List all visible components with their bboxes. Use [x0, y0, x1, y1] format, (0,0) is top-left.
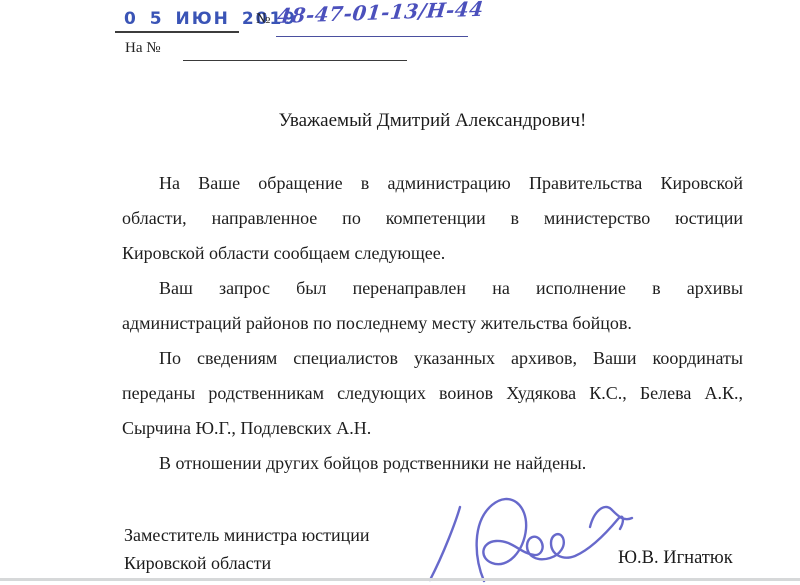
body-line: По сведениям специалистов указанных архи… — [122, 341, 743, 376]
signer-position-line2: Кировской области — [124, 549, 370, 577]
date-stamp: 0 5 ИЮН 2019 — [124, 9, 297, 29]
body-line: В отношении других бойцов родственники н… — [122, 446, 743, 481]
body-line: Сырчина Ю.Г., Подлевских А.Н. — [122, 411, 743, 446]
letter-page: 0 5 ИЮН 2019 № 48-47-01-13/Н-44 На № Ува… — [0, 0, 800, 585]
date-stamp-underline — [115, 31, 239, 33]
body-line: Ваш запрос был перенаправлен на исполнен… — [122, 271, 743, 306]
reply-to-number-underline — [183, 60, 407, 61]
body-line: На Ваше обращение в администрацию Правит… — [122, 166, 743, 201]
greeting-line: Уважаемый Дмитрий Александрович! — [122, 110, 743, 132]
body-line: Кировской области сообщаем следующее. — [122, 236, 743, 271]
signer-position: Заместитель министра юстиции Кировской о… — [124, 521, 370, 577]
outgoing-number-handwritten: 48-47-01-13/Н-44 — [276, 0, 485, 28]
signer-name: Ю.В. Игнатюк — [618, 548, 733, 569]
outgoing-number-underline — [276, 36, 468, 37]
body-line: переданы родственникам следующих воинов … — [122, 376, 743, 411]
scan-edge-line — [0, 578, 800, 581]
reply-to-number-label: На № — [125, 40, 161, 57]
body-line: администраций районов по последнему мест… — [122, 306, 743, 341]
signer-position-line1: Заместитель министра юстиции — [124, 521, 370, 549]
body-line: области, направленное по компетенции в м… — [122, 201, 743, 236]
letter-body: На Ваше обращение в администрацию Правит… — [122, 166, 743, 481]
outgoing-number-label: № — [256, 11, 270, 28]
